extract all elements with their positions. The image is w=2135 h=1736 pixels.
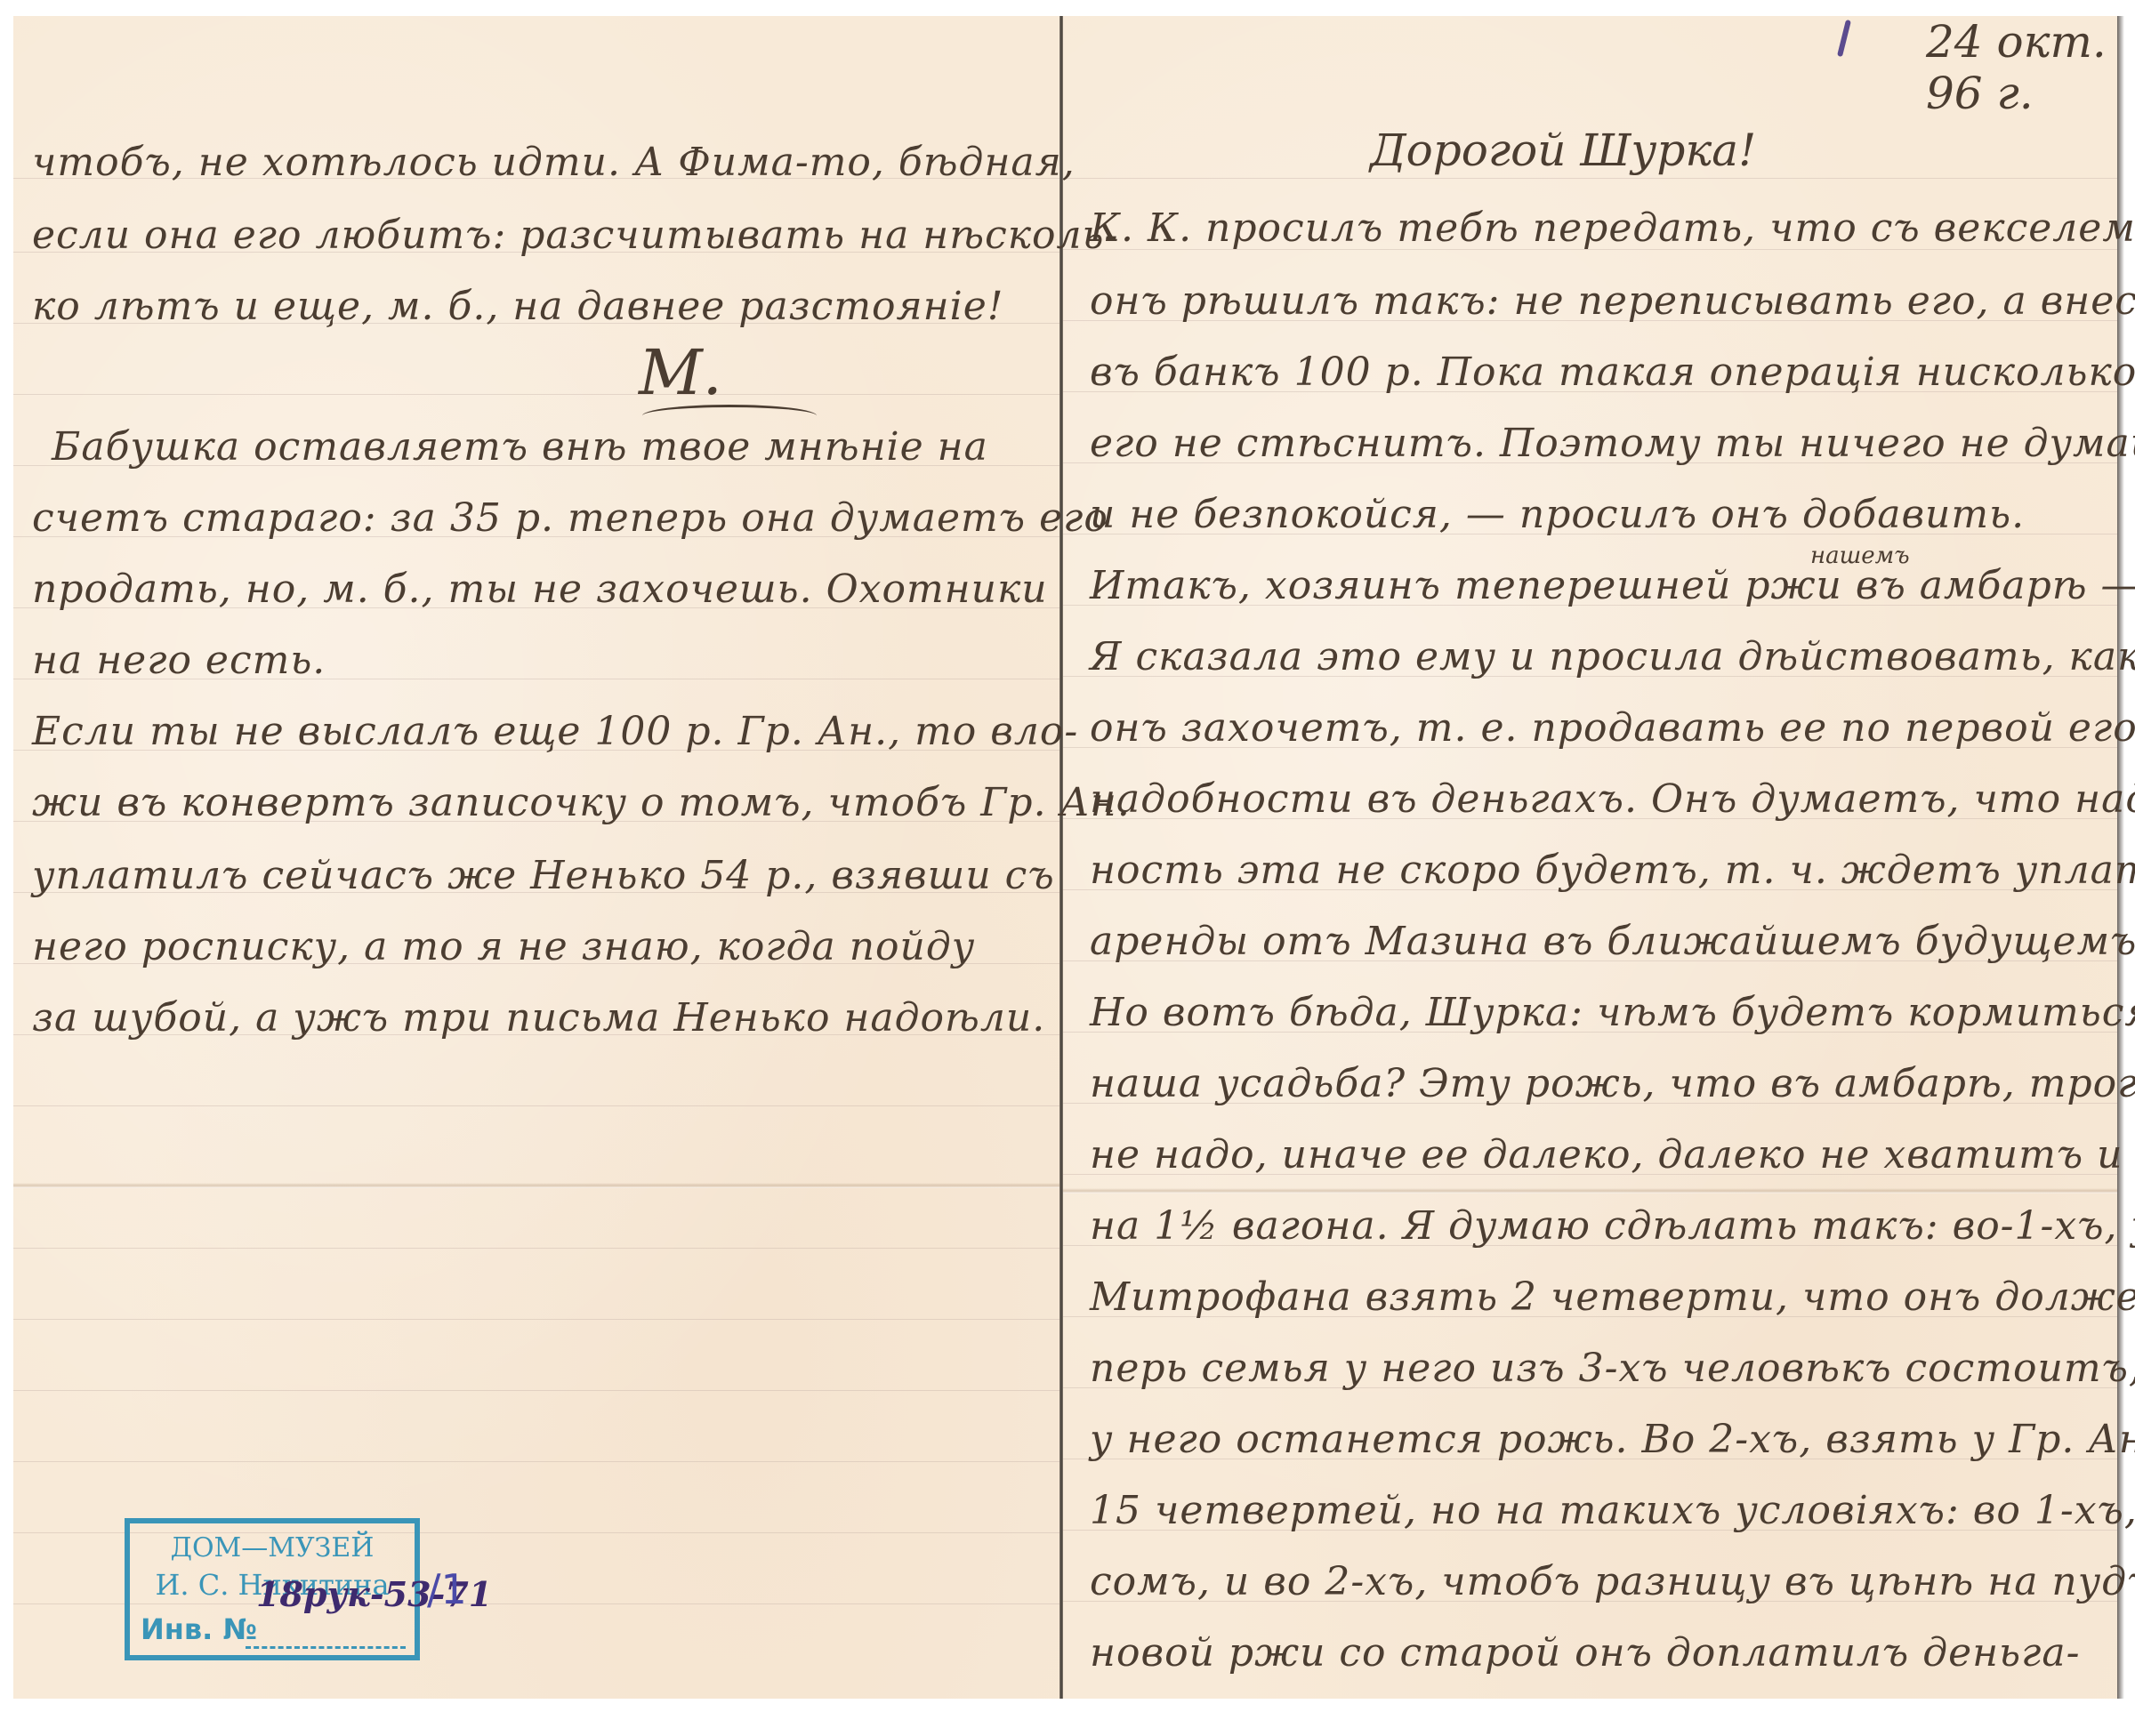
right-line-6: Итакъ, хозяинъ теперешней ржи въ амбарѣ … (1090, 564, 2135, 608)
paper-fold-crease (1063, 1188, 2117, 1193)
stamp-dotted-line (246, 1646, 406, 1649)
right-line-11: аренды отъ Мазина въ ближайшемъ будущемъ… (1090, 920, 2135, 964)
left-line-1: чтобъ, не хотѣлось идти. А Фима-то, бѣдн… (32, 141, 1076, 185)
handwritten-inventory-suffix: /1 (427, 1565, 467, 1613)
stamp-museum-name: ДОМ—МУЗЕЙ (130, 1532, 415, 1563)
left-line-12: за шубой, а ужъ три письма Ненько надоѣл… (32, 996, 1045, 1041)
right-line-17: перь семья у него изъ 3-хъ человѣкъ сост… (1090, 1346, 2135, 1391)
left-line-9: жи въ конвертъ записочку о томъ, чтобъ Г… (32, 781, 1131, 825)
ruled-line (13, 1105, 1061, 1106)
right-line-1: К. К. просилъ тебѣ передать, что съ векс… (1090, 206, 2135, 251)
ruled-line (13, 1248, 1061, 1249)
paper-fold-crease (13, 1183, 1061, 1188)
left-line-5: счетъ стараго: за 35 р. теперь она думае… (32, 496, 1108, 541)
right-line-3: въ банкъ 100 р. Пока такая операція ниск… (1090, 350, 2135, 395)
page-seam (1059, 16, 1063, 1699)
right-line-13: наша усадьба? Эту рожь, что въ амбарѣ, т… (1090, 1062, 2135, 1106)
left-line-3: ко лѣтъ и еще, м. б., на давнее разстоян… (32, 285, 1003, 329)
left-line-4: Бабушка оставляетъ внѣ твое мнѣніе на (52, 425, 988, 470)
right-line-4: его не стѣснитъ. Поэтому ты ничего не ду… (1090, 422, 2135, 466)
letter-greeting: Дорогой Шурка! (1370, 125, 1756, 176)
left-line-8: Если ты не выслалъ еще 100 р. Гр. Ан., т… (32, 710, 1078, 754)
right-line-8: онъ захочетъ, т. е. продавать ее по перв… (1090, 706, 2135, 751)
stamp-inventory-label: Инв. № (141, 1612, 257, 1646)
right-line-5: и не безпокойся, — просилъ онъ добавить. (1090, 493, 2025, 537)
ruled-line (13, 1461, 1061, 1462)
right-line-21: новой ржи со старой онъ доплатилъ деньга… (1090, 1631, 2080, 1676)
signature-initial: М. (639, 336, 722, 409)
right-line-10: ность эта не скоро будетъ, т. ч. ждетъ у… (1090, 848, 2135, 893)
right-line-20: сомъ, и во 2-хъ, чтобъ разницу въ цѣнѣ н… (1090, 1560, 2135, 1604)
right-line-18: у него останется рожь. Во 2-хъ, взять у … (1090, 1418, 2135, 1462)
right-line-14: не надо, иначе ее далеко, далеко не хват… (1090, 1133, 2123, 1177)
right-line-9: надобности въ деньгахъ. Онъ думаетъ, что… (1090, 777, 2135, 822)
left-line-11: него росписку, а то я не знаю, когда пой… (32, 925, 975, 969)
letter-date: 24 окт. 96 г. (1926, 16, 2135, 119)
ruled-line (13, 394, 1061, 395)
left-line-2: если она его любитъ: разсчитывать на нѣс… (32, 213, 1118, 258)
right-line-15: на 1½ вагона. Я думаю сдѣлать такъ: во-1… (1090, 1204, 2135, 1249)
right-line-12: Но вотъ бѣда, Шурка: чѣмъ будетъ кормить… (1090, 991, 2135, 1035)
left-line-6: продать, но, м. б., ты не захочешь. Охот… (32, 567, 1048, 612)
left-line-10: уплатилъ сейчасъ же Ненько 54 р., взявши… (32, 854, 1055, 898)
ruled-line (13, 1390, 1061, 1391)
ruled-line (1063, 178, 2117, 179)
right-line-7: Я сказала это ему и просила дѣйствовать,… (1090, 635, 2135, 679)
right-line-16: Митрофана взять 2 четверти, что онъ долж… (1090, 1275, 2135, 1320)
left-line-7: на него есть. (32, 639, 326, 683)
ruled-line (13, 1319, 1061, 1320)
right-line-2: онъ рѣшилъ такъ: не переписывать его, а … (1090, 279, 2135, 324)
right-line-19: 15 четвертей, но на такихъ условіяхъ: во… (1090, 1489, 2135, 1533)
